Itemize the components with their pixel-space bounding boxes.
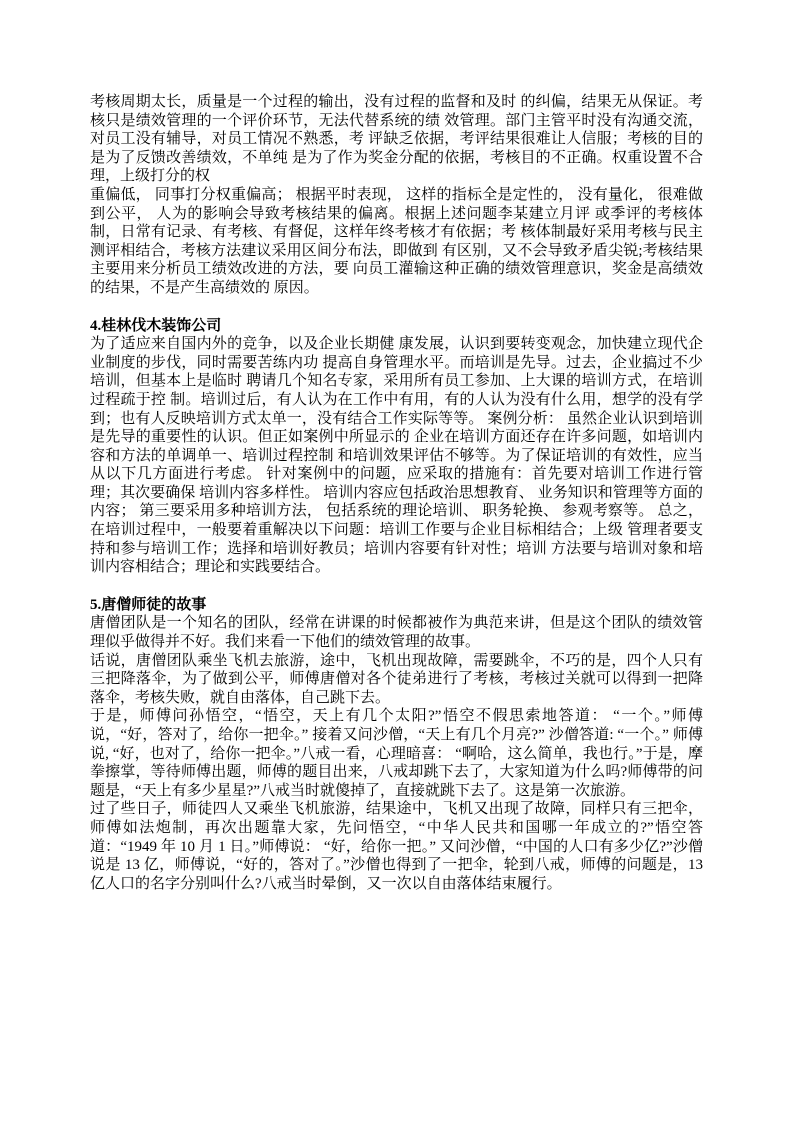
body-paragraph-story-first-trip: 于是，师傅问孙悟空，“悟空，天上有几个太阳?”悟空不假思索地答道： “一个。”师… [90,707,703,800]
body-paragraph-story-setup: 话说，唐僧团队乘坐飞机去旅游，途中，飞机出现故障，需要跳伞，不巧的是，四个人只有… [90,652,703,708]
body-paragraph-story-intro: 唐僧团队是一个知名的团队，经常在讲课的时候都被作为典范来讲，但是这个团队的绩效管… [90,614,703,651]
body-paragraph-assessment-solutions: 重偏低， 同事打分权重偏高； 根据平时表现， 这样的指标全是定性的， 没有量化，… [90,186,703,298]
body-paragraph-story-second-trip: 过了些日子，师徒四人又乘坐飞机旅游，结果途中，飞机又出现了故障，同样只有三把伞，… [90,800,703,893]
section-heading-5-tangseng-story: 5.唐僧师徒的故事 [90,596,703,615]
body-paragraph-training-case: 为了适应来自国内外的竞争，以及企业长期健 康发展，认识到要转变观念，加快建立现代… [90,335,703,577]
document-page: 考核周期太长，质量是一个过程的输出，没有过程的监督和及时 的纠偏，结果无从保证。… [0,0,794,1123]
section-heading-4-guilin-company: 4.桂林伐木装饰公司 [90,317,703,336]
body-paragraph-assessment-problems: 考核周期太长，质量是一个过程的输出，没有过程的监督和及时 的纠偏，结果无从保证。… [90,93,703,186]
